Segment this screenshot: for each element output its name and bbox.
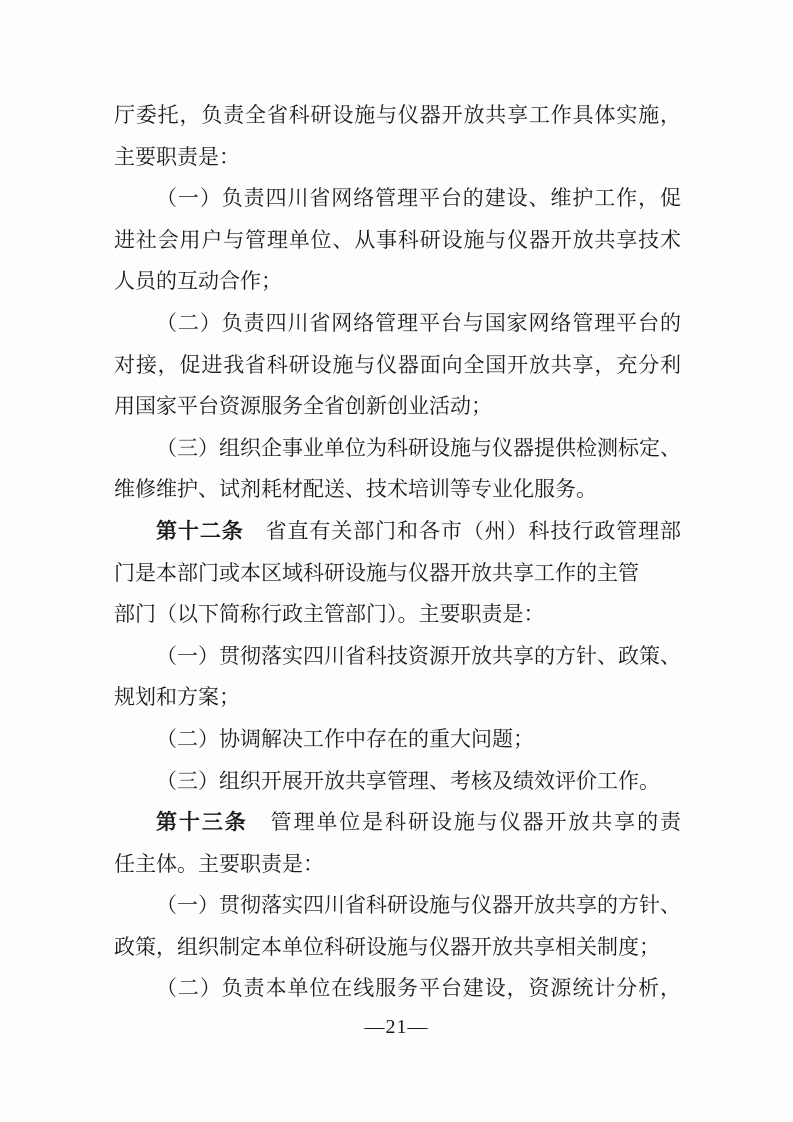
text-segment: 主要职责是： bbox=[114, 145, 240, 169]
text-line: 门是本部门或本区域科研设施与仪器开放共享工作的主管 bbox=[114, 553, 681, 595]
text-segment: （一）贯彻落实四川省科技资源开放共享的方针、政策、 bbox=[156, 644, 681, 668]
text-line: 对接，促进我省科研设施与仪器面向全国开放共享，充分利 bbox=[114, 345, 681, 387]
text-line: 维修维护、试剂耗材配送、技术培训等专业化服务。 bbox=[114, 469, 681, 511]
text-line: （三）组织企事业单位为科研设施与仪器提供检测标定、 bbox=[114, 428, 681, 470]
text-segment: 部门（以下简称行政主管部门）。主要职责是： bbox=[114, 602, 545, 626]
page-number: —21— bbox=[0, 1012, 793, 1042]
text-line: 主要职责是： bbox=[114, 137, 681, 179]
text-segment: 进社会用户与管理单位、从事科研设施与仪器开放共享技术 bbox=[114, 228, 681, 252]
text-line: 人员的互动合作； bbox=[114, 261, 681, 303]
text-segment: 人员的互动合作； bbox=[114, 269, 282, 293]
text-segment: 任主体。主要职责是： bbox=[114, 852, 324, 876]
text-segment: 维修维护、试剂耗材配送、技术培训等专业化服务。 bbox=[114, 477, 597, 501]
text-line: 部门（以下简称行政主管部门）。主要职责是： bbox=[114, 594, 681, 636]
article-heading: 第十二条 bbox=[156, 520, 244, 543]
text-segment: （一）负责四川省网络管理平台的建设、维护工作，促 bbox=[156, 186, 681, 210]
text-line: （一）贯彻落实四川省科研设施与仪器开放共享的方针、 bbox=[114, 885, 681, 927]
text-segment: 管理单位是科研设施与仪器开放共享的责 bbox=[248, 810, 681, 834]
text-line: （一）负责四川省网络管理平台的建设、维护工作，促 bbox=[114, 178, 681, 220]
text-segment: 厅委托，负责全省科研设施与仪器开放共享工作具体实施， bbox=[114, 103, 681, 127]
text-line: （一）贯彻落实四川省科技资源开放共享的方针、政策、 bbox=[114, 636, 681, 678]
document-page: 厅委托，负责全省科研设施与仪器开放共享工作具体实施，主要职责是：（一）负责四川省… bbox=[0, 0, 793, 1122]
text-line: 第十二条 省直有关部门和各市（州）科技行政管理部 bbox=[114, 511, 681, 553]
text-line: （二）负责四川省网络管理平台与国家网络管理平台的 bbox=[114, 303, 681, 345]
document-body: 厅委托，负责全省科研设施与仪器开放共享工作具体实施，主要职责是：（一）负责四川省… bbox=[114, 95, 681, 1010]
text-segment: （一）贯彻落实四川省科研设施与仪器开放共享的方针、 bbox=[156, 893, 681, 917]
text-segment: 政策，组织制定本单位科研设施与仪器开放共享相关制度； bbox=[114, 935, 660, 959]
text-line: （二）协调解决工作中存在的重大问题； bbox=[114, 719, 681, 761]
text-segment: 门是本部门或本区域科研设施与仪器开放共享工作的主管 bbox=[114, 561, 639, 585]
text-line: （三）组织开展开放共享管理、考核及绩效评价工作。 bbox=[114, 761, 681, 803]
text-segment: （二）协调解决工作中存在的重大问题； bbox=[156, 727, 534, 751]
text-line: 厅委托，负责全省科研设施与仪器开放共享工作具体实施， bbox=[114, 95, 681, 137]
text-line: 第十三条 管理单位是科研设施与仪器开放共享的责 bbox=[114, 802, 681, 844]
text-segment: 对接，促进我省科研设施与仪器面向全国开放共享，充分利 bbox=[114, 353, 681, 377]
text-segment: 规划和方案； bbox=[114, 685, 240, 709]
text-line: 用国家平台资源服务全省创新创业活动； bbox=[114, 386, 681, 428]
text-line: 进社会用户与管理单位、从事科研设施与仪器开放共享技术 bbox=[114, 220, 681, 262]
article-heading: 第十三条 bbox=[156, 811, 248, 834]
text-segment: 省直有关部门和各市（州）科技行政管理部 bbox=[244, 519, 681, 543]
text-segment: （二）负责本单位在线服务平台建设，资源统计分析， bbox=[156, 976, 681, 1000]
text-segment: 用国家平台资源服务全省创新创业活动； bbox=[114, 394, 492, 418]
text-line: 任主体。主要职责是： bbox=[114, 844, 681, 886]
text-line: 政策，组织制定本单位科研设施与仪器开放共享相关制度； bbox=[114, 927, 681, 969]
text-line: （二）负责本单位在线服务平台建设，资源统计分析， bbox=[114, 968, 681, 1010]
text-segment: （二）负责四川省网络管理平台与国家网络管理平台的 bbox=[156, 311, 681, 335]
text-line: 规划和方案； bbox=[114, 677, 681, 719]
text-segment: （三）组织企事业单位为科研设施与仪器提供检测标定、 bbox=[156, 436, 681, 460]
text-segment: （三）组织开展开放共享管理、考核及绩效评价工作。 bbox=[156, 769, 660, 793]
